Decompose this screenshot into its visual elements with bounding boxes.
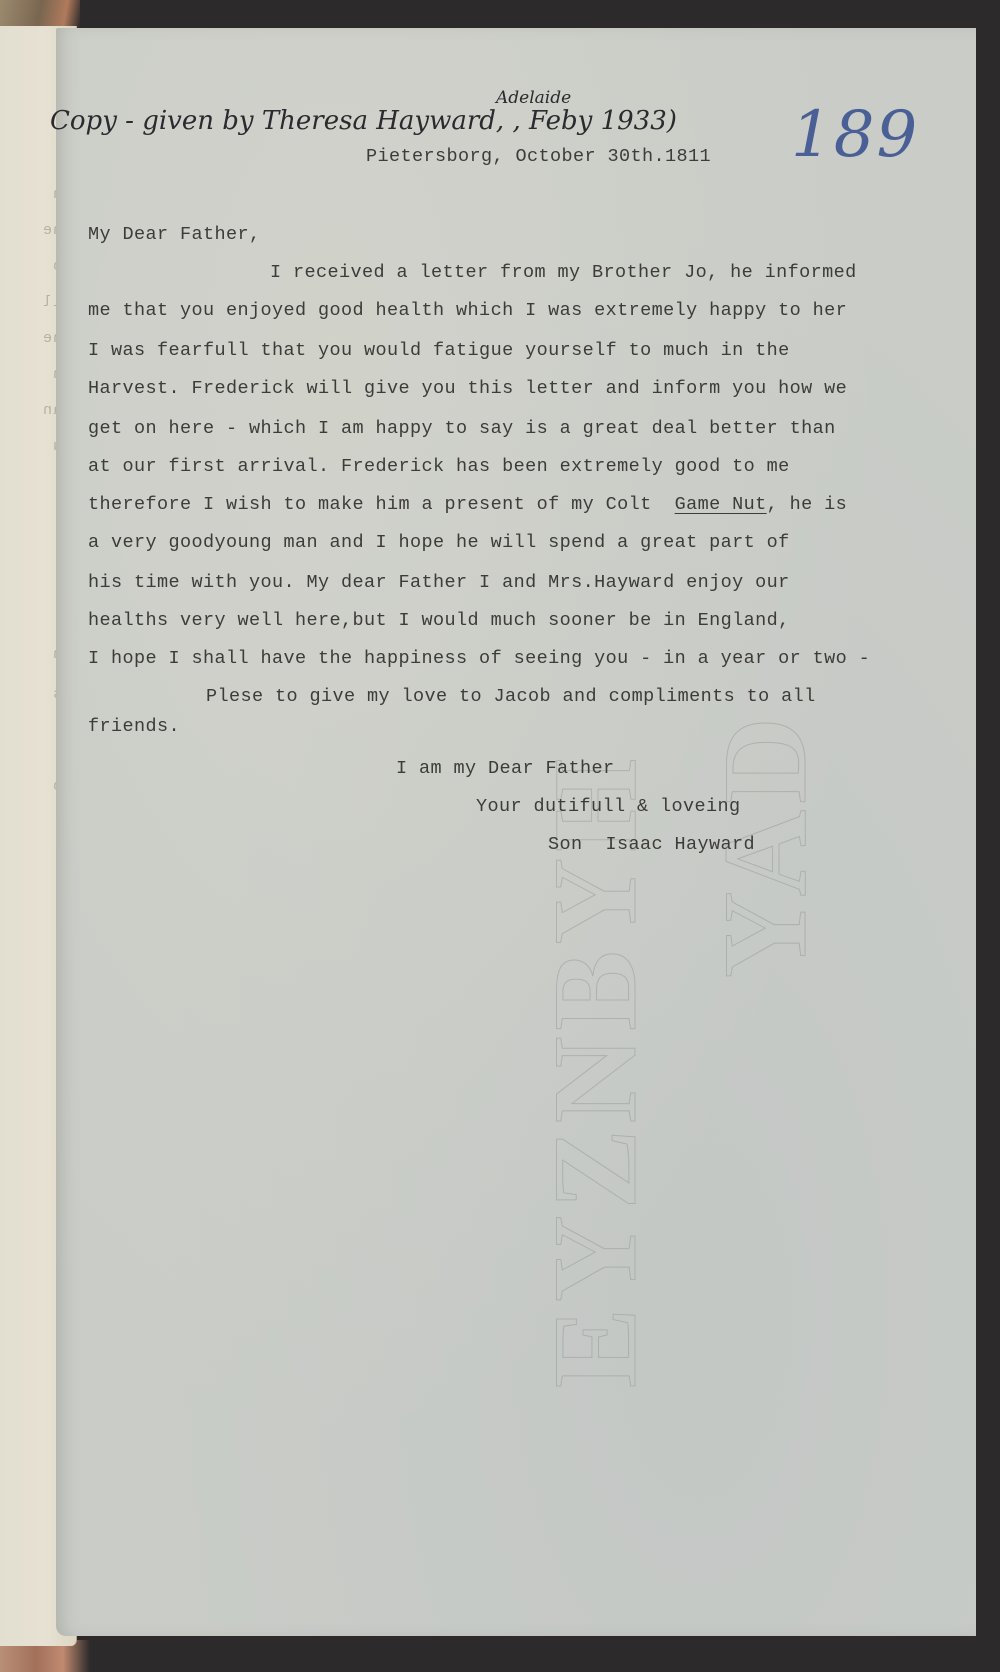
letter-closing-line: I am my Dear Father	[396, 758, 615, 779]
handwritten-provenance-note: Copy - given by Theresa Hayward, , Feby …	[50, 106, 677, 136]
letter-body-line: at our first arrival. Frederick has been…	[88, 456, 790, 477]
letter-signature-line: Son Isaac Hayward	[548, 834, 755, 855]
letter-body-line: Harvest. Frederick will give you this le…	[88, 378, 847, 399]
book-binding-top	[0, 0, 80, 28]
letter-dateline: Pietersborg, October 30th.1811	[366, 146, 711, 167]
letter-body-line: therefore I wish to make him a present o…	[88, 494, 847, 515]
letter-body-text: , he is	[767, 494, 848, 515]
letter-salutation: My Dear Father,	[88, 224, 261, 245]
letter-body-line: Plese to give my love to Jacob and compl…	[206, 686, 816, 707]
letter-closing-line: Your dutifull & loveing	[476, 796, 741, 817]
letter-body-line: a very goodyoung man and I hope he will …	[88, 532, 790, 553]
letter-body-line: healths very well here,but I would much …	[88, 610, 790, 631]
signature-name: Isaac Hayward	[606, 834, 756, 855]
letter-body-line: his time with you. My dear Father I and …	[88, 572, 790, 593]
signature-prefix: Son	[548, 834, 583, 855]
letter-body-line: me that you enjoyed good health which I …	[88, 300, 847, 321]
colt-name: Game Nut	[675, 494, 767, 515]
letter-body-line: I hope I shall have the happiness of see…	[88, 648, 870, 669]
folio-number: 189	[791, 98, 919, 172]
handwritten-insert-adelaide: Adelaide	[496, 88, 571, 108]
letter-body-line: friends.	[88, 716, 180, 737]
letter-body-text: therefore I wish to make him a present o…	[88, 494, 652, 515]
letter-body-line: I received a letter from my Brother Jo, …	[270, 262, 857, 283]
letter-body-line: I was fearfull that you would fatigue yo…	[88, 340, 790, 361]
letter-sheet: EYZNBYH YAD Copy - given by Theresa Hayw…	[56, 28, 976, 1636]
letter-body-line: get on here - which I am happy to say is…	[88, 418, 836, 439]
